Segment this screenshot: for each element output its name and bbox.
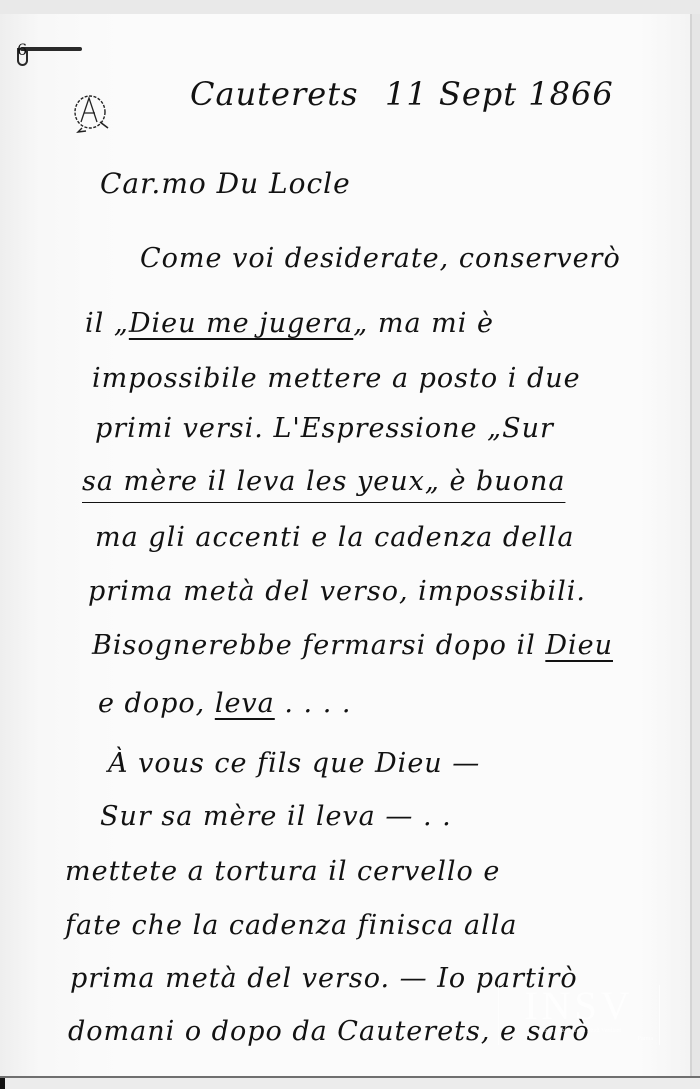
letter-line: il „Dieu me jugera„ ma mi è	[85, 310, 494, 337]
letter-text: „ ma mi è	[353, 308, 494, 339]
letter-date: 11 Sept 1866	[385, 78, 614, 110]
letter-place: Cauterets	[190, 78, 358, 110]
letter-line: mettete a tortura il cervello e	[65, 858, 500, 885]
page-number: 6	[17, 42, 28, 58]
letter-line: ma gli accenti e la cadenza della	[95, 524, 574, 551]
watermark-subtitle-2: Parma	[499, 1035, 659, 1043]
letter-line: Sur sa mère il leva — . .	[100, 803, 452, 830]
letter-salutation: Car.mo Du Locle	[100, 170, 351, 198]
archive-watermark: INSV Istituto Nazionale di Studi Verdian…	[498, 985, 660, 1045]
letter-line: Come voi desiderate, conserverò	[140, 245, 621, 272]
letter-line: primi versi. L'Espressione „Sur	[95, 415, 554, 442]
letter-line: Bisognerebbe fermarsi dopo il Dieu	[92, 632, 613, 659]
underlined-text: Dieu	[545, 630, 613, 661]
watermark-subtitle: Istituto Nazionale di Studi Verdiani	[499, 1027, 659, 1035]
letter-text: il „	[85, 308, 129, 339]
letter-line: À vous ce fils que Dieu —	[108, 750, 480, 777]
underlined-text: Dieu me jugera	[129, 308, 353, 339]
letter-text: Bisognerebbe fermarsi dopo il	[92, 630, 545, 661]
staple-icon	[20, 47, 82, 51]
underlined-text: leva	[215, 688, 275, 719]
monogram-stamp-icon	[72, 92, 112, 134]
letter-line: sa mère il leva les yeux„ è buona	[82, 468, 565, 495]
scan-corner-mark	[0, 1078, 5, 1089]
letter-text: . . . .	[275, 688, 352, 719]
letter-line: prima metà del verso, impossibili.	[88, 578, 586, 605]
letter-line: fate che la cadenza finisca alla	[65, 912, 517, 939]
letter-line: e dopo, leva . . . .	[98, 690, 351, 717]
letter-text: e dopo,	[98, 688, 215, 719]
scan-top-margin	[0, 0, 700, 14]
scan-bottom-margin	[0, 1078, 700, 1089]
letter-line: impossibile mettere a posto i due	[92, 365, 581, 392]
watermark-logo: INSV	[499, 985, 659, 1027]
